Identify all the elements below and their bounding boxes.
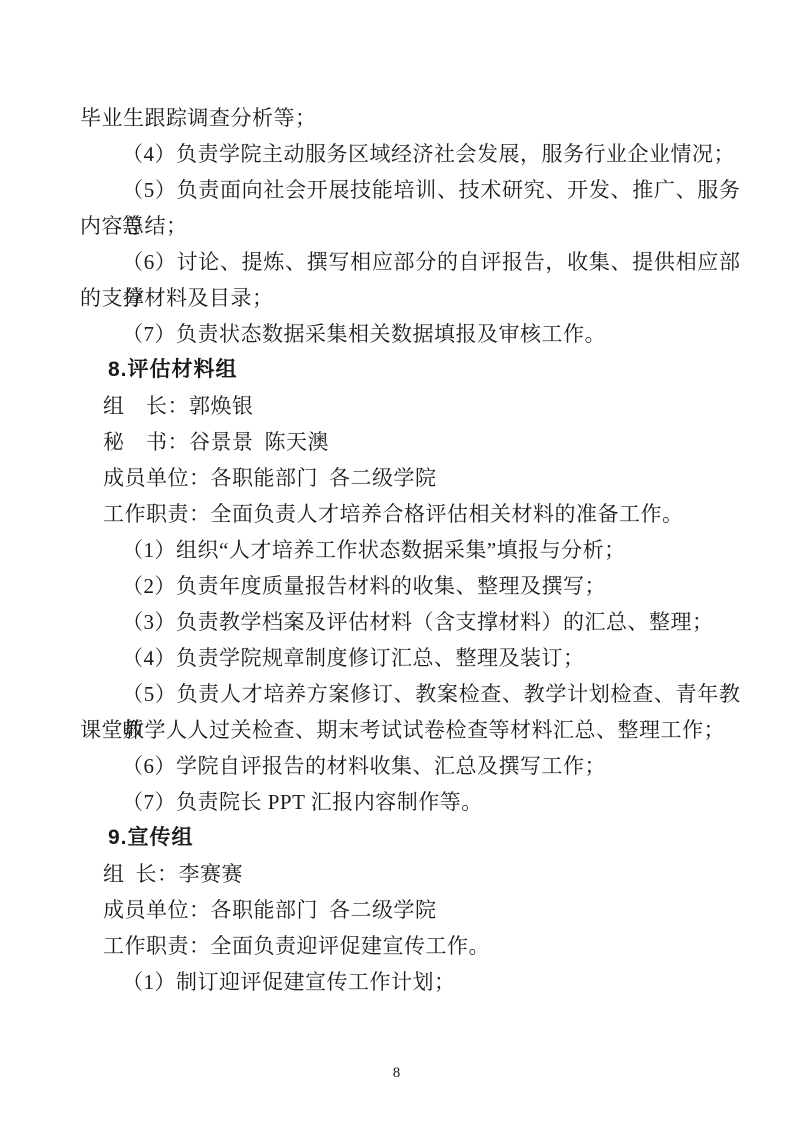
doc-line-member-units: 成员单位：各职能部门 各二级学院 — [80, 460, 740, 496]
document-page: 毕业生跟踪调查分析等； （4）负责学院主动服务区域经济社会发展，服务行业企业情况… — [0, 0, 793, 1122]
document-body: 毕业生跟踪调查分析等； （4）负责学院主动服务区域经济社会发展，服务行业企业情况… — [80, 100, 740, 1000]
doc-line-continuation: 内容总结； — [80, 208, 740, 244]
doc-line-item-6b: （6）学院自评报告的材料收集、汇总及撰写工作； — [80, 748, 740, 784]
doc-line-item-5b: （5）负责人才培养方案修订、教案检查、教学计划检查、青年教师 — [80, 676, 740, 712]
section-8-heading: 8.评估材料组 — [80, 352, 740, 388]
doc-line-secretary: 秘 书：谷景景 陈天澳 — [80, 424, 740, 460]
doc-line-duties-2: 工作职责：全面负责迎评促建宣传工作。 — [80, 928, 740, 964]
doc-line-item-1: （1）组织“人才培养工作状态数据采集”填报与分析； — [80, 532, 740, 568]
doc-line-continuation: 的支撑材料及目录； — [80, 280, 740, 316]
doc-line-member-units-2: 成员单位：各职能部门 各二级学院 — [80, 892, 740, 928]
doc-line-duties: 工作职责：全面负责人才培养合格评估相关材料的准备工作。 — [80, 496, 740, 532]
doc-line-item-4b: （4）负责学院规章制度修订汇总、整理及装订； — [80, 640, 740, 676]
page-number: 8 — [0, 1064, 793, 1082]
section-9-heading: 9.宣传组 — [80, 820, 740, 856]
doc-line-item-1b: （1）制订迎评促建宣传工作计划； — [80, 964, 740, 1000]
doc-line-continuation: 课堂教学人人过关检查、期末考试试卷检查等材料汇总、整理工作； — [80, 712, 740, 748]
doc-line-leader: 组 长：郭焕银 — [80, 388, 740, 424]
doc-line-leader-2: 组 长：李赛赛 — [80, 856, 740, 892]
doc-line-continuation: 毕业生跟踪调查分析等； — [80, 100, 740, 136]
doc-line-item-2: （2）负责年度质量报告材料的收集、整理及撰写； — [80, 568, 740, 604]
doc-line-item-7b: （7）负责院长 PPT 汇报内容制作等。 — [80, 784, 740, 820]
doc-line-item-5: （5）负责面向社会开展技能培训、技术研究、开发、推广、服务等 — [80, 172, 740, 208]
doc-line-item-3: （3）负责教学档案及评估材料（含支撑材料）的汇总、整理； — [80, 604, 740, 640]
doc-line-item-4: （4）负责学院主动服务区域经济社会发展，服务行业企业情况； — [80, 136, 740, 172]
doc-line-item-6: （6）讨论、提炼、撰写相应部分的自评报告，收集、提供相应部分 — [80, 244, 740, 280]
doc-line-item-7: （7）负责状态数据采集相关数据填报及审核工作。 — [80, 316, 740, 352]
